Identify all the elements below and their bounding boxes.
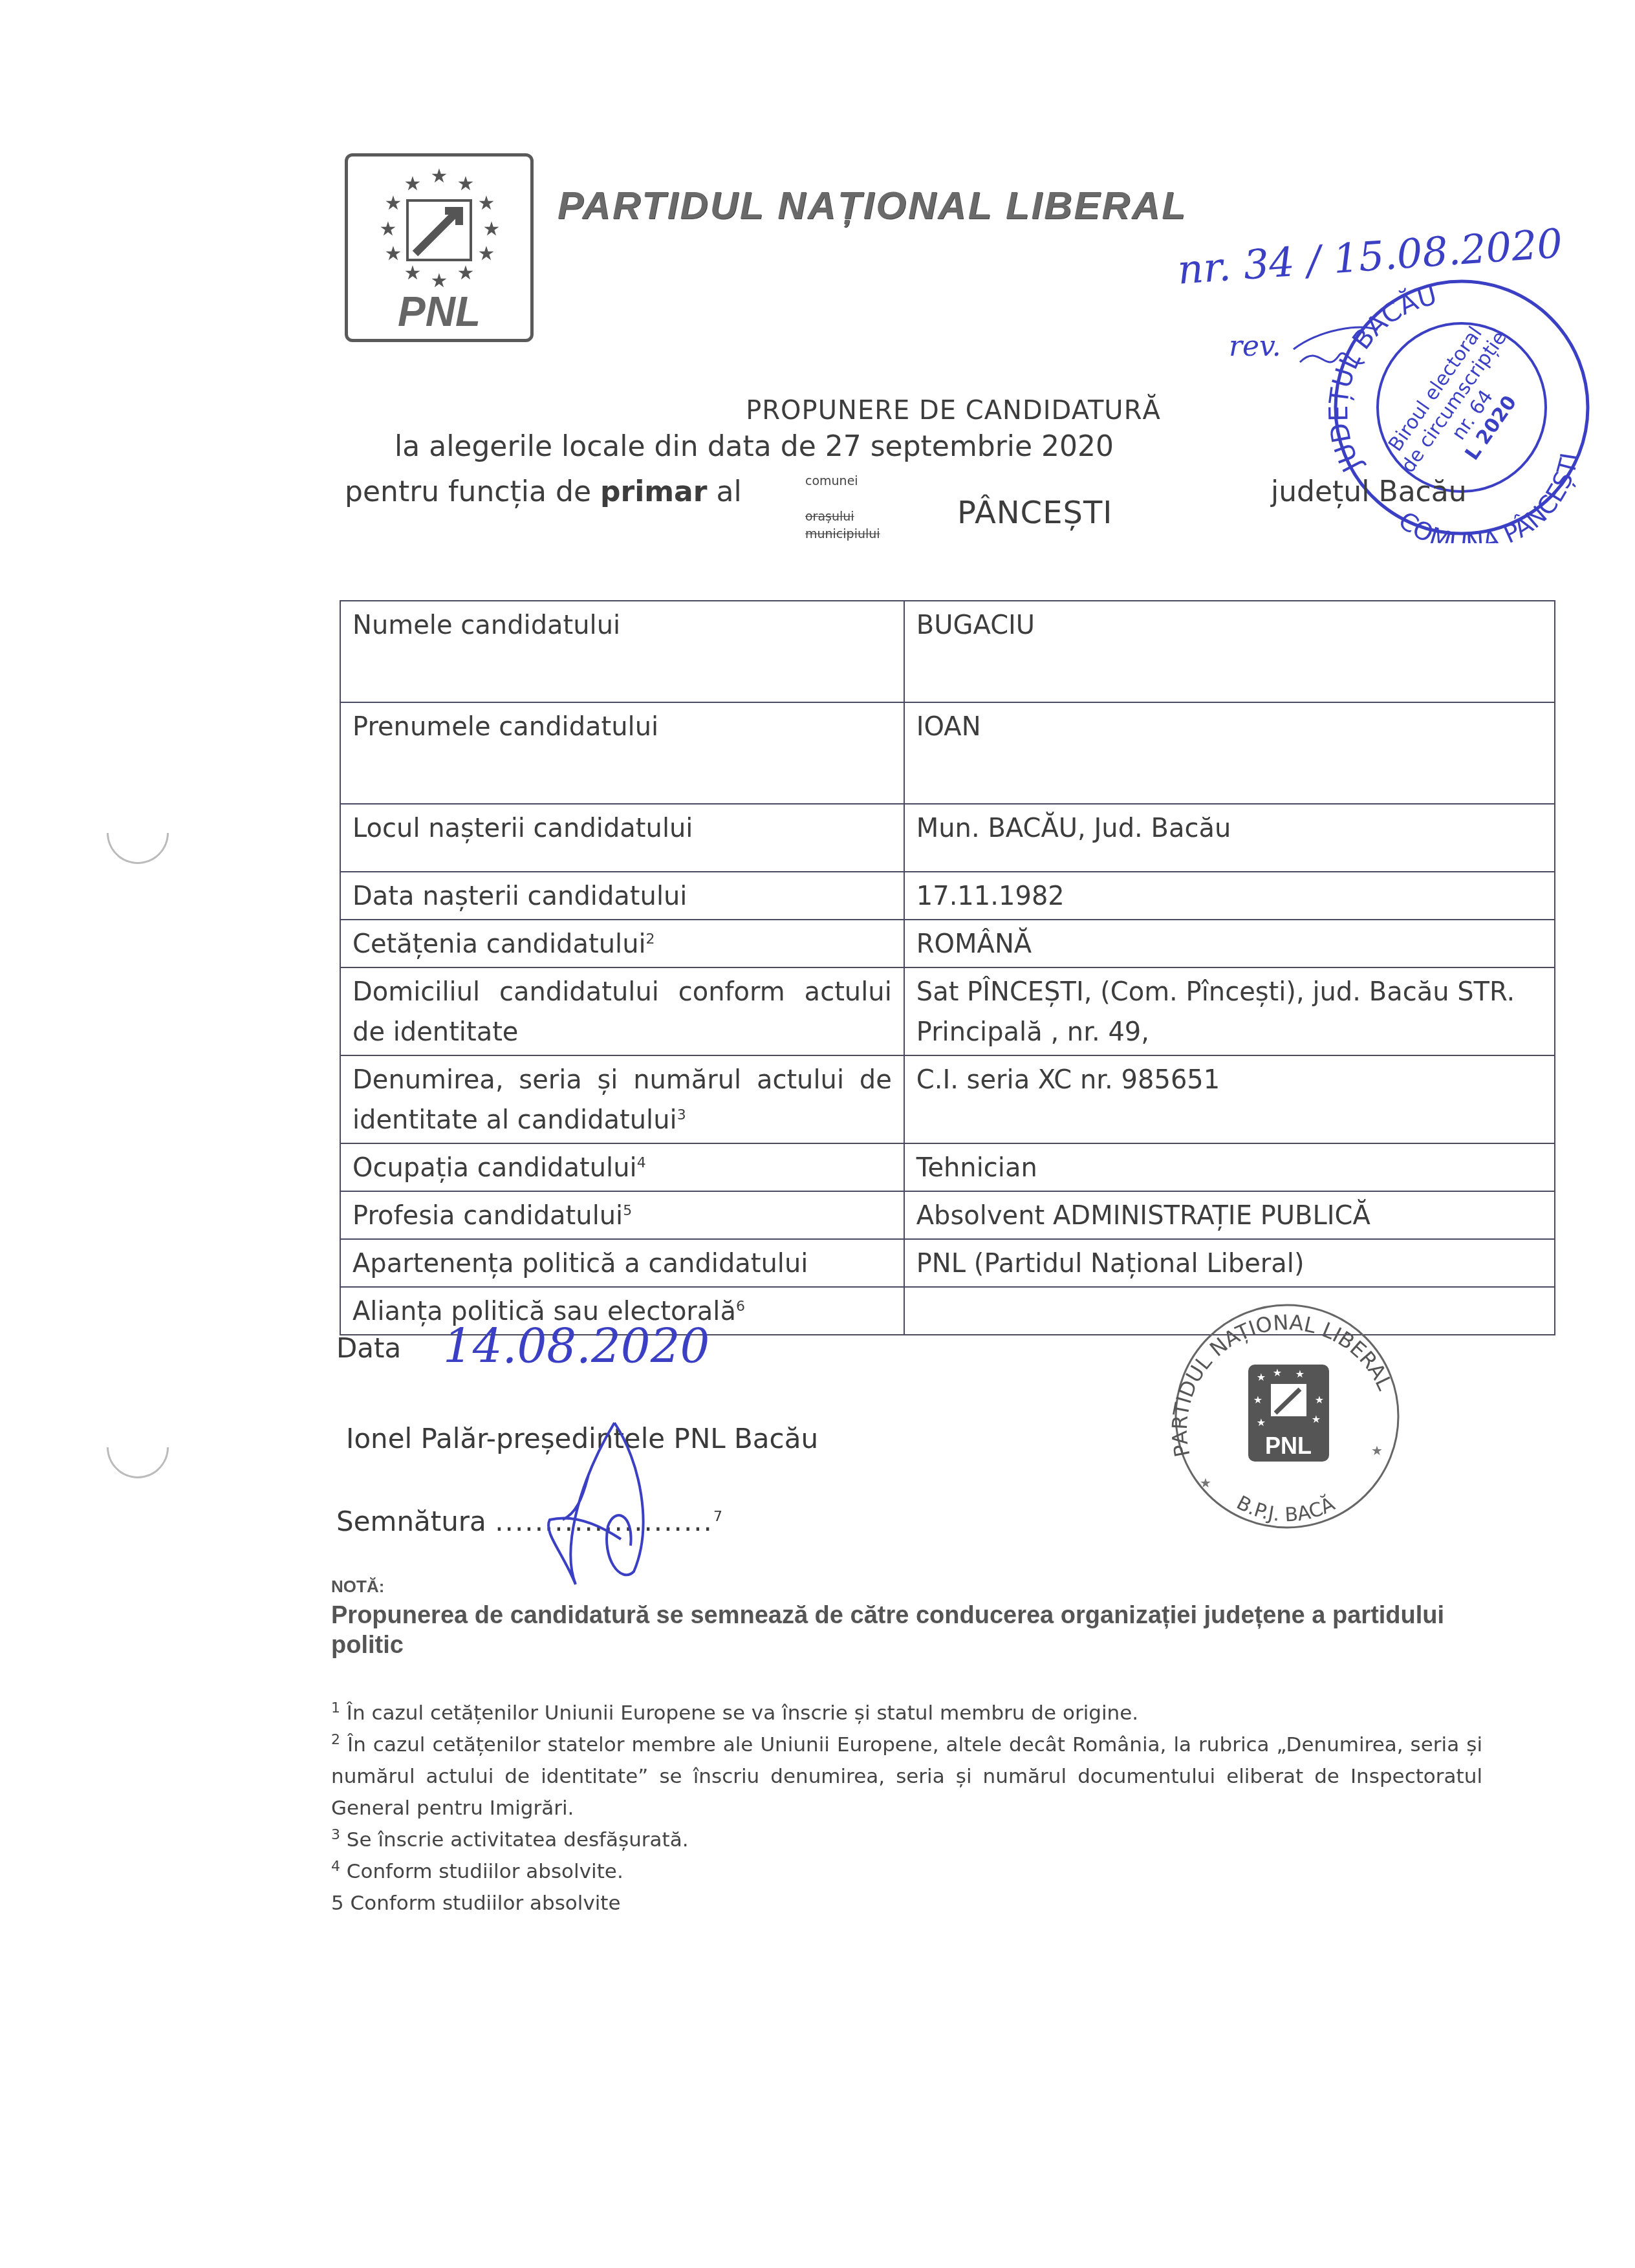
row-label: Prenumele candidatului — [340, 702, 904, 804]
row-value: Tehnician — [904, 1143, 1555, 1191]
function-suffix: al — [717, 475, 742, 508]
pnl-logo: ★ ★★ ★★ ★★ ★★ ★★ ★ PNL — [345, 153, 534, 342]
svg-text:★: ★ — [1315, 1394, 1324, 1406]
row-value: Absolvent ADMINISTRAȚIE PUBLICĂ — [904, 1191, 1555, 1239]
row-value: BUGACIU — [904, 601, 1555, 702]
svg-text:★: ★ — [478, 192, 495, 215]
locality-option-municipiului: municipiului — [805, 528, 880, 541]
footnote-3: 3 Se înscrie activitatea desfășurată. — [331, 1824, 1482, 1856]
svg-text:★: ★ — [1257, 1416, 1266, 1429]
svg-text:★: ★ — [457, 173, 475, 195]
document-title: PROPUNERE DE CANDIDATURĂ — [0, 396, 1635, 426]
svg-text:★: ★ — [1200, 1475, 1211, 1491]
svg-text:PNL: PNL — [398, 288, 481, 335]
table-row: Numele candidatului BUGACIU — [340, 601, 1555, 702]
table-row: Domiciliul candidatului conform actului … — [340, 967, 1555, 1055]
table-row: Denumirea, seria și numărul actului de i… — [340, 1055, 1555, 1143]
row-label: Apartenența politică a candidatului — [340, 1239, 904, 1287]
svg-text:★: ★ — [1371, 1443, 1383, 1458]
svg-text:PNL: PNL — [1265, 1432, 1312, 1459]
table-row: Ocupația candidatului4 Tehnician — [340, 1143, 1555, 1191]
svg-text:rev.: rev. — [1229, 330, 1281, 363]
table-row: Data nașterii candidatului 17.11.1982 — [340, 872, 1555, 920]
candidate-data-table: Numele candidatului BUGACIU Prenumele ca… — [340, 600, 1555, 1335]
footnote-2: 2 În cazul cetățenilor statelor membre a… — [331, 1729, 1482, 1824]
function-role: primar — [600, 475, 708, 508]
pnl-bacau-stamp: PARTIDUL NAȚIONAL LIBERAL B.P.J. BACĂU ★… — [1164, 1293, 1410, 1539]
footnote-1: 1 În cazul cetățenilor Uniunii Europene … — [331, 1698, 1482, 1729]
row-label: Ocupația candidatului4 — [340, 1143, 904, 1191]
county-label: județul Bacău — [1271, 475, 1467, 508]
pnl-logo-icon: ★ ★★ ★★ ★★ ★★ ★★ ★ PNL — [348, 157, 530, 339]
svg-text:★: ★ — [1253, 1394, 1262, 1406]
row-label: Locul nașterii candidatului — [340, 804, 904, 872]
svg-text:★: ★ — [457, 262, 475, 285]
footnotes: 1 În cazul cetățenilor Uniunii Europene … — [331, 1698, 1482, 1919]
svg-text:★: ★ — [404, 262, 422, 285]
svg-text:★: ★ — [483, 218, 501, 241]
handwritten-signature-icon — [537, 1410, 718, 1591]
table-row: Profesia candidatului5 Absolvent ADMINIS… — [340, 1191, 1555, 1239]
svg-text:★: ★ — [380, 218, 397, 241]
row-label: Domiciliul candidatului conform actului … — [340, 967, 904, 1055]
row-value: C.I. seria XC nr. 985651 — [904, 1055, 1555, 1143]
row-value: Sat PÎNCEȘTI, (Com. Pîncești), jud. Bacă… — [904, 967, 1555, 1055]
note-body: Propunerea de candidatură se semnează de… — [331, 1601, 1482, 1660]
locality-option-comunei: comunei — [805, 475, 858, 488]
row-value: IOAN — [904, 702, 1555, 804]
svg-text:★: ★ — [1257, 1371, 1266, 1383]
svg-text:★: ★ — [478, 243, 495, 265]
row-value: 17.11.1982 — [904, 872, 1555, 920]
round-stamp-icon: PARTIDUL NAȚIONAL LIBERAL B.P.J. BACĂU ★… — [1164, 1293, 1410, 1539]
row-label: Profesia candidatului5 — [340, 1191, 904, 1239]
row-label: Data nașterii candidatului — [340, 872, 904, 920]
svg-text:★: ★ — [1273, 1366, 1282, 1379]
svg-text:★: ★ — [404, 173, 422, 195]
table-row: Locul nașterii candidatului Mun. BACĂU, … — [340, 804, 1555, 872]
note-heading: NOTĂ: — [331, 1577, 384, 1597]
row-label: Cetățenia candidatului2 — [340, 920, 904, 967]
table-row: Apartenența politică a candidatului PNL … — [340, 1239, 1555, 1287]
svg-text:★: ★ — [385, 192, 402, 215]
footnote-5: 5 Conform studiilor absolvite — [331, 1888, 1482, 1919]
function-line: pentru funcția de primar al — [345, 475, 742, 508]
punch-hole-mark — [94, 1403, 182, 1491]
svg-text:★: ★ — [1312, 1413, 1321, 1425]
locality-option-orasului: orașului — [805, 511, 854, 523]
row-value: ROMÂNĂ — [904, 920, 1555, 967]
election-subtitle: la alegerile locale din data de 27 septe… — [395, 430, 1114, 463]
row-label: Numele candidatului — [340, 601, 904, 702]
row-value: PNL (Partidul Național Liberal) — [904, 1239, 1555, 1287]
locality-name: PÂNCEȘTI — [957, 495, 1112, 531]
party-name-heading: PARTIDUL NAȚIONAL LIBERAL — [558, 183, 1187, 228]
function-prefix: pentru funcția de — [345, 475, 591, 508]
president-signature — [537, 1410, 718, 1591]
svg-text:★: ★ — [385, 243, 402, 265]
date-value-handwritten: 14.08.2020 — [443, 1319, 709, 1374]
row-value: Mun. BACĂU, Jud. Bacău — [904, 804, 1555, 872]
punch-hole-mark — [94, 789, 182, 877]
date-label: Data — [336, 1332, 401, 1364]
row-label: Denumirea, seria și numărul actului de i… — [340, 1055, 904, 1143]
svg-text:★: ★ — [1295, 1368, 1305, 1380]
table-row: Cetățenia candidatului2 ROMÂNĂ — [340, 920, 1555, 967]
footnote-4: 4 Conform studiilor absolvite. — [331, 1856, 1482, 1888]
table-row: Prenumele candidatului IOAN — [340, 702, 1555, 804]
svg-text:★: ★ — [431, 165, 448, 188]
signature-label: Semnătura — [336, 1506, 486, 1537]
